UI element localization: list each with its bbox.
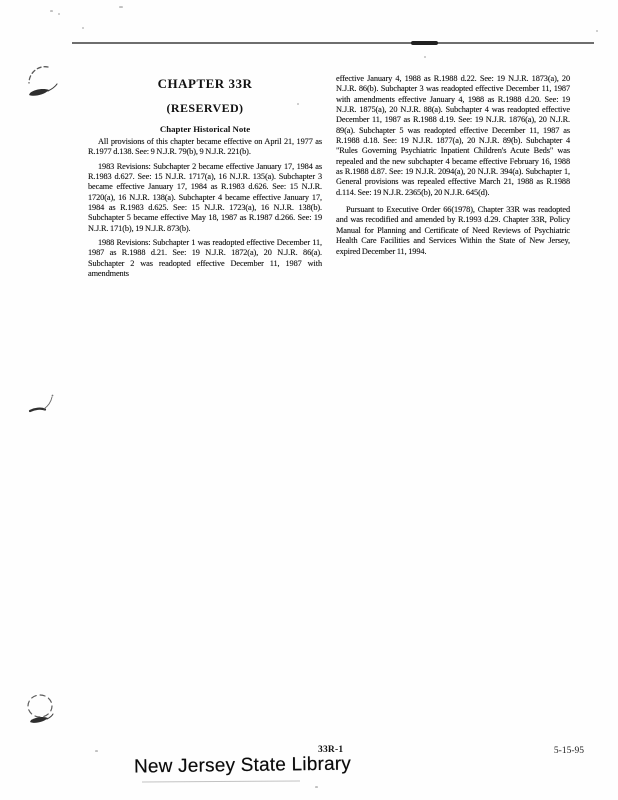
left-paragraph-3: 1988 Revisions: Subchapter 1 was readopt… (88, 238, 322, 279)
scan-speck (424, 56, 426, 58)
left-paragraph-1: All provisions of this chapter became ef… (88, 137, 322, 158)
reserved-heading: (RESERVED) (88, 101, 322, 116)
scan-speck (596, 30, 598, 32)
top-rule-line (72, 42, 594, 44)
scan-speck (58, 13, 60, 15)
footer-date: 5-15-95 (538, 746, 584, 756)
scan-speck (50, 10, 53, 12)
scan-speck (297, 103, 299, 105)
historical-note-heading: Chapter Historical Note (88, 124, 322, 134)
scan-speck (119, 6, 123, 8)
top-rule-dark-segment (411, 41, 438, 45)
pen-mark-top-left-icon (24, 62, 66, 108)
chapter-title: CHAPTER 33R (88, 76, 322, 92)
scan-speck (315, 786, 318, 788)
scan-speck (82, 27, 84, 29)
scan-speck (95, 750, 98, 752)
left-column: CHAPTER 33R (RESERVED) Chapter Historica… (88, 70, 322, 279)
scanned-document-page: CHAPTER 33R (RESERVED) Chapter Historica… (0, 0, 618, 800)
pen-mark-middle-left-icon (26, 392, 60, 420)
library-stamp: New Jersey State Library (134, 753, 351, 778)
right-paragraph-2: Pursuant to Executive Order 66(1978), Ch… (336, 205, 570, 257)
right-paragraph-1: effective January 4, 1988 as R.1988 d.22… (336, 74, 570, 198)
right-column: effective January 4, 1988 as R.1988 d.22… (336, 70, 570, 257)
pen-mark-bottom-left-icon (22, 690, 62, 732)
left-paragraph-2: 1983 Revisions: Subchapter 2 became effe… (88, 162, 322, 234)
stamp-underline-artifact (142, 780, 300, 782)
